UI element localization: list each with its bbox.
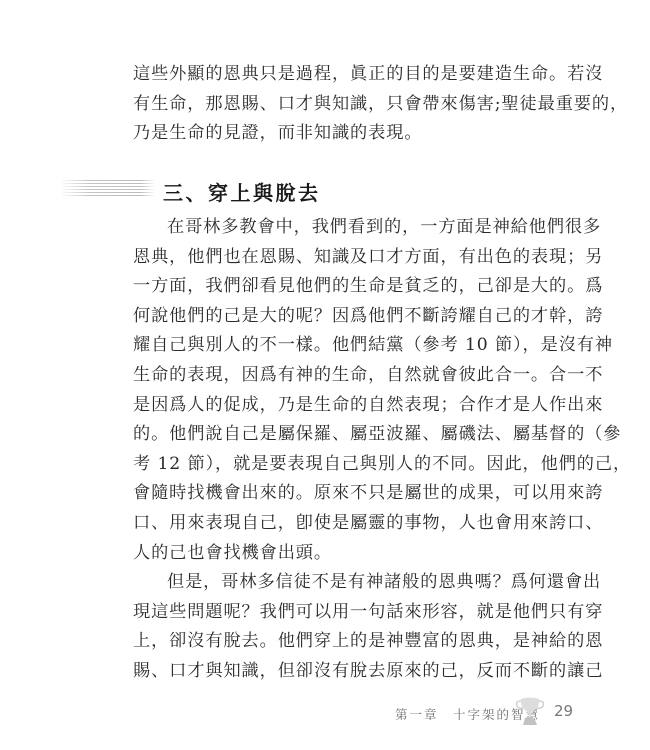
body-text: 在哥林多教會中，我們看到的，一方面是神給他們很多 恩典，他們也在恩賜、知識及口才… — [133, 213, 523, 687]
text-line: 是因爲人的促成，乃是生命的自然表現；合作才是人作出來 — [133, 391, 523, 421]
trophy-cup-ornament-icon — [513, 696, 547, 728]
text-line: 何說他們的己是大的呢？因爲他們不斷誇耀自己的才幹，誇 — [133, 302, 523, 332]
text-line: 考 12 節），就是要表現自己與別人的不同。因此，他們的己， — [133, 450, 523, 480]
intro-paragraph: 這些外顯的恩典只是過程，眞正的目的是要建造生命。若沒 有生命，那恩賜、口才與知識… — [133, 60, 523, 149]
text-line: 乃是生命的見證，而非知識的表現。 — [133, 119, 523, 149]
text-line: 會隨時找機會出來的。原來不只是屬世的成果，可以用來誇 — [133, 479, 523, 509]
book-page: 這些外顯的恩典只是過程，眞正的目的是要建造生命。若沒 有生命，那恩賜、口才與知識… — [0, 0, 650, 750]
text-line: 的。他們說自己是屬保羅、屬亞波羅、屬磯法、屬基督的（參 — [133, 420, 523, 450]
text-line: 生命的表現，因爲有神的生命，自然就會彼此合一。合一不 — [133, 361, 523, 391]
paragraph-first-line: 但是，哥林多信徒不是有神諸般的恩典嗎？爲何還會出 — [133, 568, 523, 598]
text-line: 現這些問題呢？我們可以用一句話來形容，就是他們只有穿 — [133, 598, 523, 628]
text-line: 這些外顯的恩典只是過程，眞正的目的是要建造生命。若沒 — [133, 60, 523, 90]
page-number: 29 — [554, 702, 573, 720]
text-line: 口、用來表現自己，卽使是屬靈的事物，人也會用來誇口、 — [133, 509, 523, 539]
text-line: 賜、口才與知識，但卻沒有脫去原來的己，反而不斷的讓己 — [133, 657, 523, 687]
section-heading: 三、穿上與脫去 — [163, 177, 321, 206]
text-line: 人的己也會找機會出頭。 — [133, 539, 523, 569]
text-line: 耀自己與別人的不一樣。他們結黨（參考 10 節），是沒有神 — [133, 331, 523, 361]
text-line: 有生命，那恩賜、口才與知識，只會帶來傷害;聖徒最重要的， — [133, 90, 523, 120]
text-line: 恩典，他們也在恩賜、知識及口才方面，有出色的表現；另 — [133, 243, 523, 273]
text-line: 一方面，我們卻看見他們的生命是貧乏的，己卻是大的。爲 — [133, 272, 523, 302]
text-line: 上，卻沒有脫去。他們穿上的是神豐富的恩典，是神給的恩 — [133, 627, 523, 657]
paragraph-first-line: 在哥林多教會中，我們看到的，一方面是神給他們很多 — [133, 213, 523, 243]
heading-rule-decoration — [62, 180, 154, 200]
